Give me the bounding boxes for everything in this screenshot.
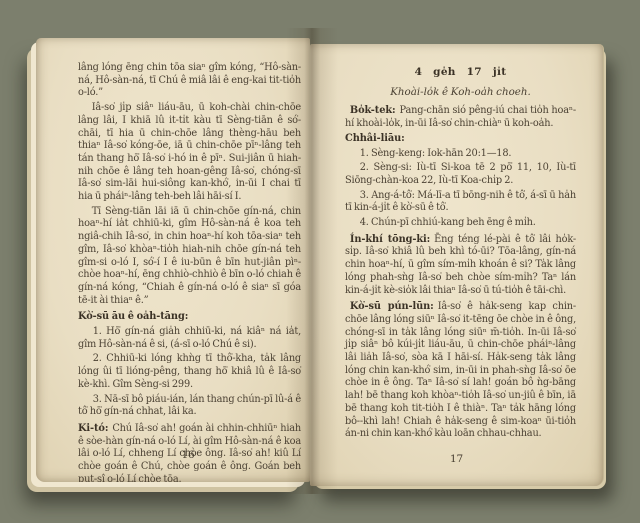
material-item: 4. Chún-pī chhiú-kang beh ēng ê mi̍h. [345, 217, 576, 230]
paragraph-continuation: lâng lóng ēng chin tōa siaⁿ gîm kóng, “H… [78, 62, 301, 100]
paragraph: Tī Sèng-tiān lāi iā ū chin-chōe gín-ná, … [78, 206, 301, 308]
activities-heading-label: Kò͘-sū āu ê oa̍h-tāng: [78, 311, 188, 322]
materials-heading-label: Chhâi-liāu: [345, 133, 405, 144]
objective-paragraph: Bo̍k-tek:Pang-chān sió pêng-iú chai tio̍… [345, 105, 576, 130]
activity-item: 1. Hō͘ gín-ná gia̍h chhiū-ki, ná kiâⁿ ná… [78, 326, 301, 351]
open-book: lâng lóng ēng chin tōa siaⁿ gîm kóng, “H… [0, 0, 640, 523]
right-page-text-block: 4 ge̍h 17 ji̍t Khoài-lo̍k ê Koh-oa̍h cho… [310, 44, 603, 441]
activity-item: 2. Chhiū-ki lóng khǹg tī thô͘-kha, ta̍k … [78, 353, 301, 391]
material-item: 3. Ang-á-tô͘: Má-lī-a tī bōng-nih ê tô͘,… [345, 190, 576, 215]
left-page: lâng lóng ēng chin tōa siaⁿ gîm kóng, “H… [36, 38, 310, 482]
objective-label: Bo̍k-tek: [350, 105, 396, 116]
material-item: 1. Sèng-keng: Iok-hān 20:1—18. [345, 148, 576, 161]
left-page-text-block: lâng lóng ēng chin tōa siaⁿ gîm kóng, “H… [36, 38, 310, 482]
story-paragraph: Kò͘-sū pún-lūn:Iâ-so͘ ê ha̍k-seng kap ch… [345, 301, 576, 441]
page-number-right: 17 [310, 453, 603, 466]
lesson-title: Khoài-lo̍k ê Koh-oa̍h choeh. [345, 86, 576, 99]
photo-background: lâng lóng ēng chin tōa siaⁿ gîm kóng, “H… [0, 0, 640, 523]
story-label: Kò͘-sū pún-lūn: [350, 301, 434, 312]
page-number-left: 16 [36, 449, 310, 462]
prayer-label: Ki-tó: [78, 423, 108, 434]
date-heading: 4 ge̍h 17 ji̍t [345, 66, 576, 79]
materials-heading: Chhâi-liāu: [345, 133, 576, 146]
right-page: 4 ge̍h 17 ji̍t Khoài-lo̍k ê Koh-oa̍h cho… [310, 44, 604, 486]
motivation-label: Ín-khí tōng-ki: [350, 234, 430, 245]
activity-item: 3. Nā-sī bô piáu-ián, lán thang chún-pī … [78, 394, 301, 419]
paragraph: Iâ-so͘ ji̍p siâⁿ liáu-āu, ū koh-chài chi… [78, 102, 301, 204]
material-item: 2. Sèng-si: Iù-tī Si-koa tē 2 pō͘ 11, 10… [345, 162, 576, 187]
activities-heading: Kò͘-sū āu ê oa̍h-tāng: [78, 311, 301, 324]
motivation-paragraph: Ín-khí tōng-ki:Ēng téng lé-pài ê tô͘ lâi… [345, 234, 576, 298]
story-text: Iâ-so͘ ê ha̍k-seng kap chin-chōe lâng ló… [345, 301, 576, 439]
